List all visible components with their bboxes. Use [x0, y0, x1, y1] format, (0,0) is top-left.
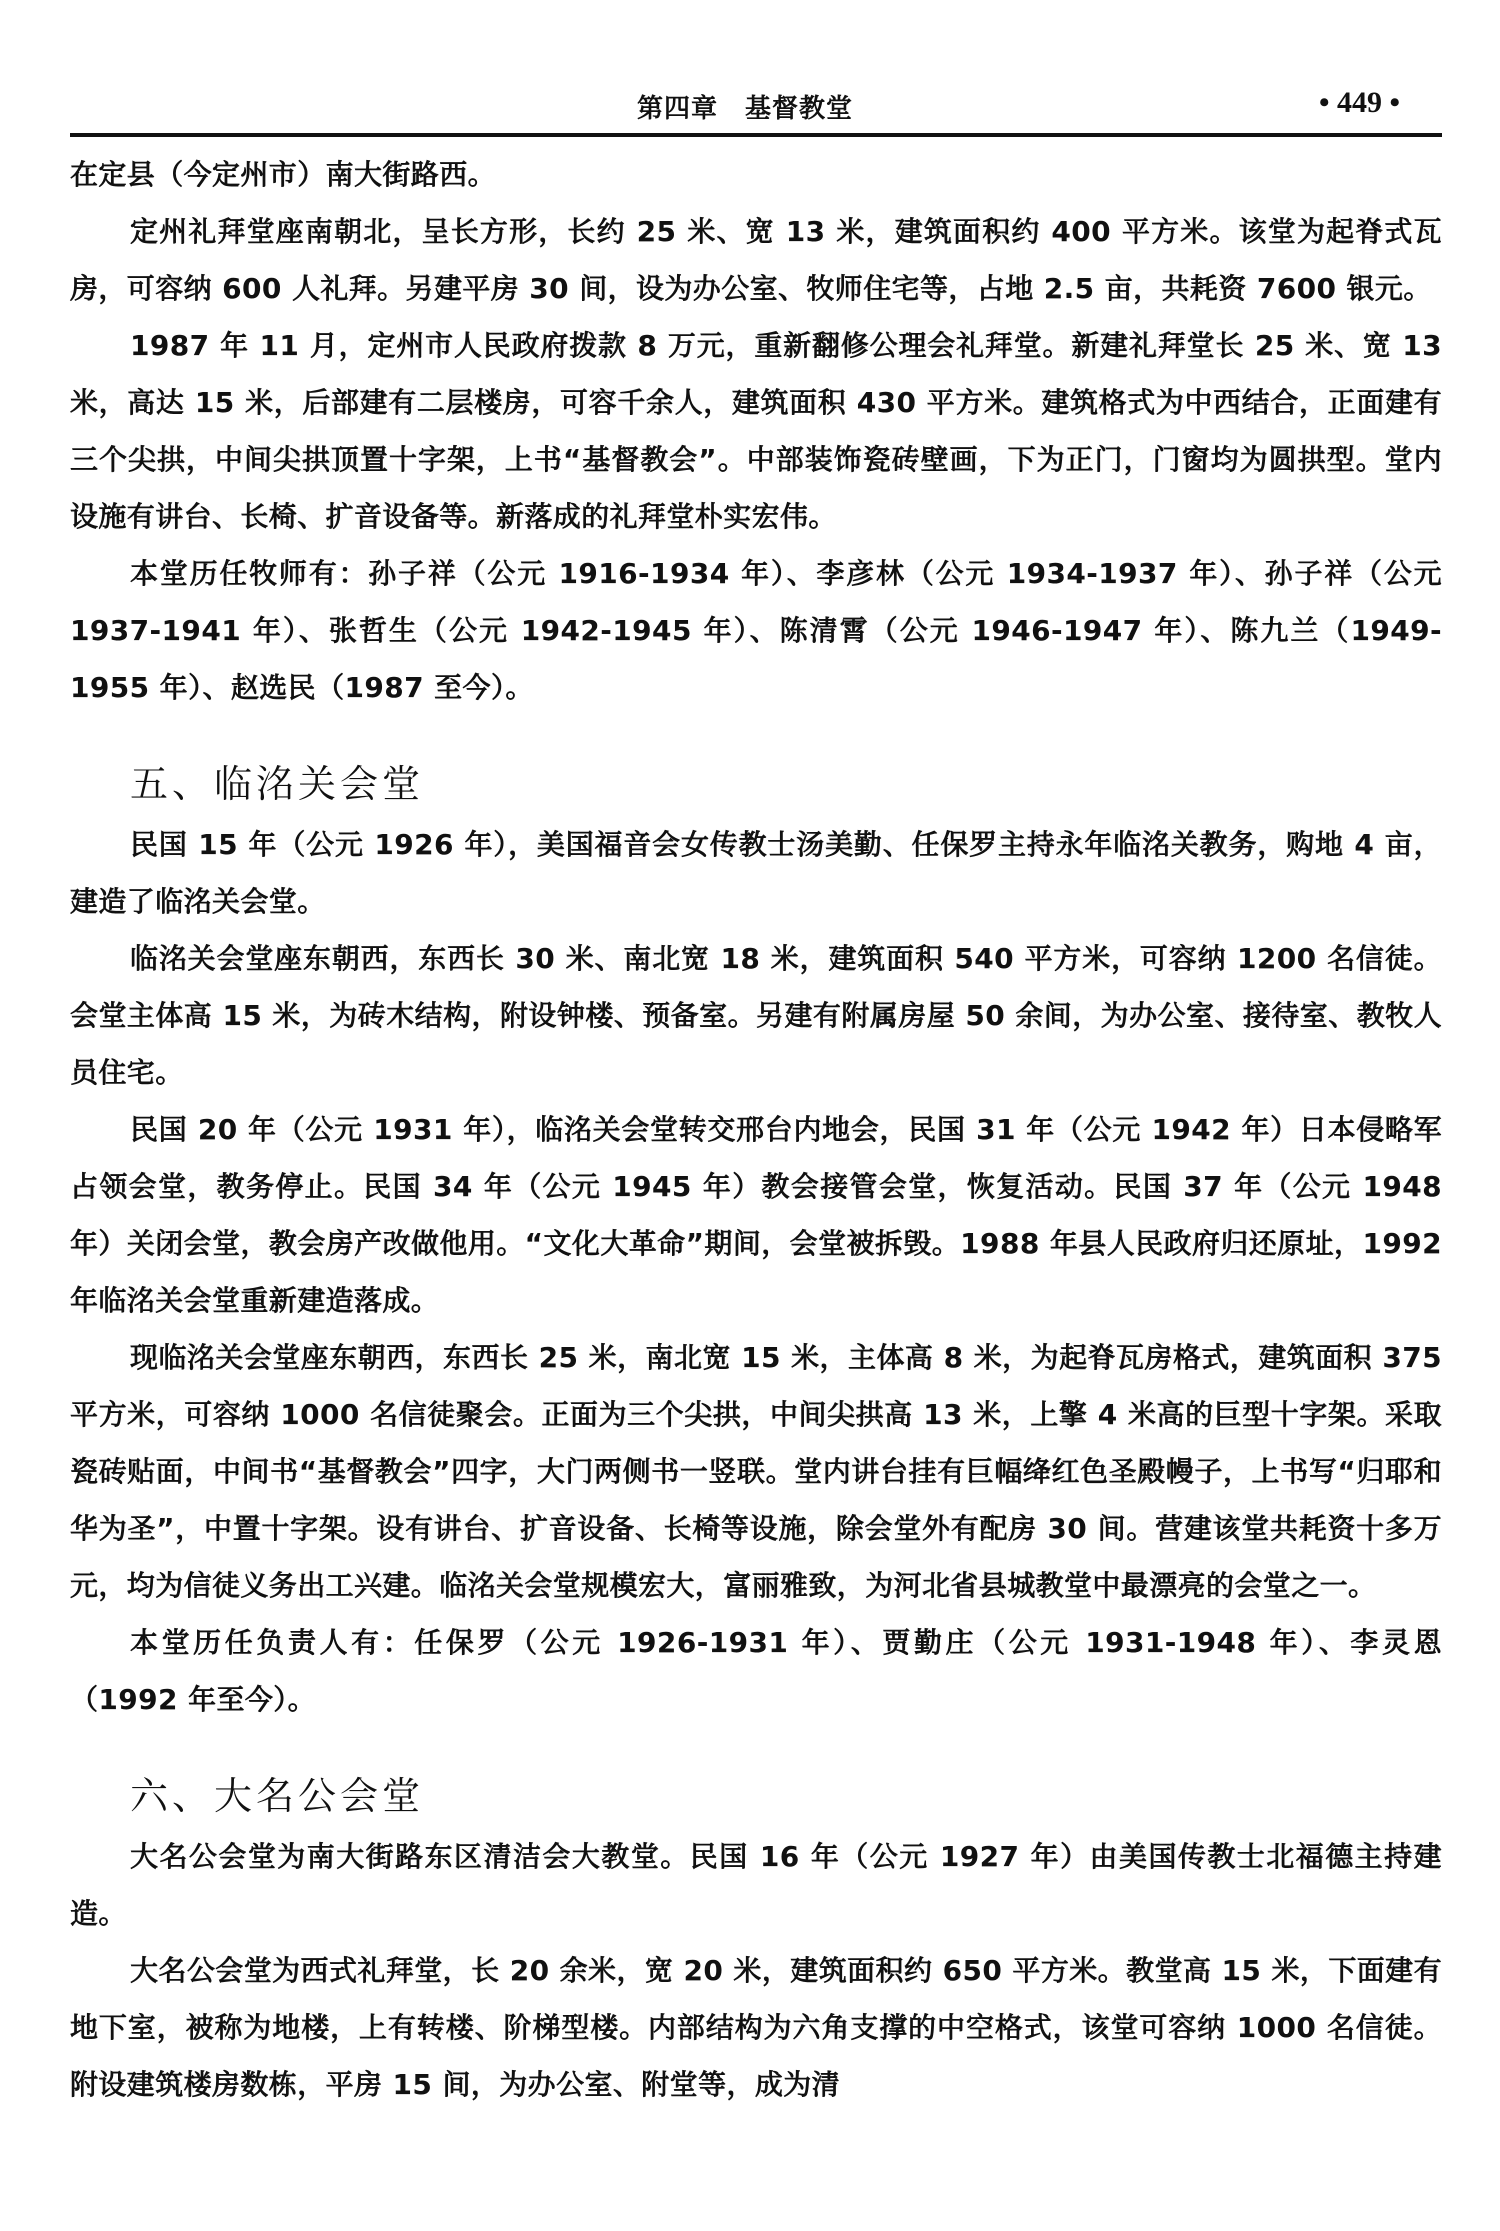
continuation-paragraph: 在定县（今定州市）南大街路西。	[70, 146, 1442, 203]
paragraph-linmingguan-building: 临洺关会堂座东朝西，东西长 30 米、南北宽 18 米，建筑面积 540 平方米…	[70, 930, 1442, 1101]
paragraph-daming-building: 大名公会堂为西式礼拜堂，长 20 余米，宽 20 米，建筑面积约 650 平方米…	[70, 1942, 1442, 2113]
page-body: 在定县（今定州市）南大街路西。 定州礼拜堂座南朝北，呈长方形，长约 25 米、宽…	[70, 146, 1442, 2113]
paragraph-linmingguan-founding: 民国 15 年（公元 1926 年），美国福音会女传教士汤美勤、任保罗主持永年临…	[70, 816, 1442, 930]
spacer	[70, 716, 1442, 754]
page-number: • 449 •	[1319, 86, 1400, 120]
paragraph-linmingguan-current: 现临洺关会堂座东朝西，东西长 25 米，南北宽 15 米，主体高 8 米，为起脊…	[70, 1329, 1442, 1614]
header-rule	[70, 133, 1442, 137]
page-header: 第四章 基督教堂 • 449 •	[70, 82, 1440, 134]
paragraph-linmingguan-leaders: 本堂历任负责人有：任保罗（公元 1926-1931 年）、贾勤庄（公元 1931…	[70, 1614, 1442, 1728]
section-heading-daming: 六、大名公会堂	[70, 1766, 1442, 1826]
paragraph-daming-founding: 大名公会堂为南大街路东区清洁会大教堂。民国 16 年（公元 1927 年）由美国…	[70, 1828, 1442, 1942]
spacer	[70, 1728, 1442, 1766]
running-title: 第四章 基督教堂	[637, 88, 853, 125]
paragraph-linmingguan-history: 民国 20 年（公元 1931 年），临洺关会堂转交邢台内地会，民国 31 年（…	[70, 1101, 1442, 1329]
paragraph-dingzhou-pastors: 本堂历任牧师有：孙子祥（公元 1916-1934 年）、李彦林（公元 1934-…	[70, 545, 1442, 716]
paragraph-dingzhou-building: 定州礼拜堂座南朝北，呈长方形，长约 25 米、宽 13 米，建筑面积约 400 …	[70, 203, 1442, 317]
section-heading-linmingguan: 五、临洺关会堂	[70, 754, 1442, 814]
paragraph-dingzhou-renovation: 1987 年 11 月，定州市人民政府拨款 8 万元，重新翻修公理会礼拜堂。新建…	[70, 317, 1442, 545]
